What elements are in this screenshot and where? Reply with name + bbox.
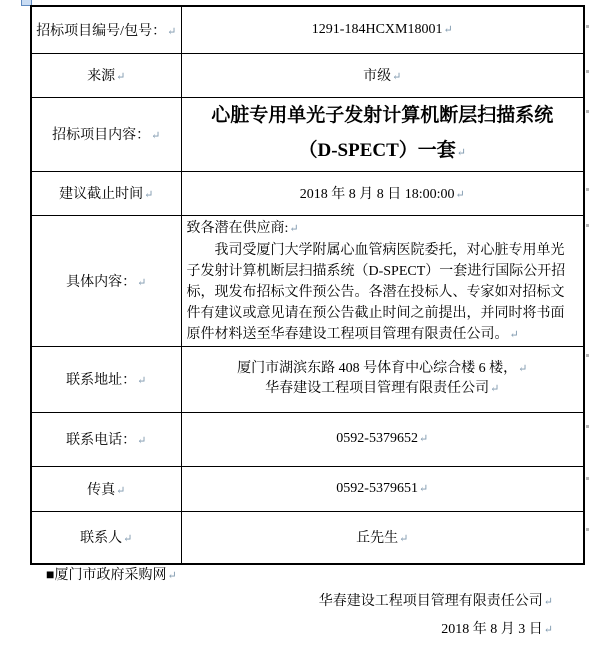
address-line2: 华春建设工程项目管理有限责任公司↵ xyxy=(182,379,584,399)
value-text: 1291-184HCXM18001 xyxy=(312,22,443,37)
value-text: 2018 年 8 月 8 日 18:00:00 xyxy=(300,187,455,202)
footer-source-text: ■厦门市政府采购网 xyxy=(46,568,166,583)
table-row: 传真↵ 0592-5379651↵ xyxy=(31,466,584,511)
row-label-contact-address: 联系地址：↵ xyxy=(31,346,181,412)
value-text: 丘先生 xyxy=(356,531,398,546)
pilcrow-icon: ↵ xyxy=(419,483,428,495)
pilcrow-icon: ↵ xyxy=(544,624,553,636)
value-text: 致各潜在供应商: xyxy=(187,221,289,236)
pilcrow-icon: ↵ xyxy=(116,71,125,83)
label-text: 来源 xyxy=(87,69,115,84)
pilcrow-icon: ↵ xyxy=(456,189,465,201)
source-value: 市级↵ xyxy=(181,53,584,97)
project-number-value: 1291-184HCXM18001↵ xyxy=(181,6,584,53)
pilcrow-icon: ↵ xyxy=(137,375,146,387)
deadline-value: 2018 年 8 月 8 日 18:00:00↵ xyxy=(181,171,584,215)
footer-date-text: 2018 年 8 月 3 日 xyxy=(441,622,543,637)
value-text: 原件材料送至华春建设工程项目管理有限责任公司。 xyxy=(187,327,509,342)
table-row: 招标项目内容：↵ 心脏专用单光子发射计算机断层扫描系统 （D-SPECT）一套↵ xyxy=(31,97,584,171)
pilcrow-icon: ↵ xyxy=(144,189,153,201)
details-line: 原件材料送至华春建设工程项目管理有限责任公司。↵ xyxy=(187,324,579,346)
table-row: 具体内容：↵ 致各潜在供应商:↵ 我司受厦门大学附属心血管病医院委托，对心脏专用… xyxy=(31,215,584,346)
pilcrow-icon: ↵ xyxy=(392,71,401,83)
address-line1: 厦门市湖滨东路 408 号体育中心综合楼 6 楼，↵ xyxy=(182,359,584,379)
row-label-project-number: 招标项目编号/包号：↵ xyxy=(31,6,181,53)
label-text: 招标项目编号/包号： xyxy=(36,24,166,39)
footer-source: ■厦门市政府采购网↵ xyxy=(46,564,177,584)
row-label-source: 来源↵ xyxy=(31,53,181,97)
pilcrow-icon: ↵ xyxy=(151,130,160,142)
pilcrow-icon: ↵ xyxy=(419,433,428,445)
pilcrow-icon: ↵ xyxy=(518,363,527,375)
table-row: 联系电话：↵ 0592-5379652↵ xyxy=(31,412,584,466)
pilcrow-icon: ↵ xyxy=(544,596,553,608)
row-label-contact-person: 联系人↵ xyxy=(31,511,181,564)
pilcrow-icon: ↵ xyxy=(167,570,176,582)
pilcrow-icon: ↵ xyxy=(510,329,519,341)
pilcrow-icon: ↵ xyxy=(137,277,146,289)
pilcrow-icon: ↵ xyxy=(116,485,125,497)
label-text: 建议截止时间 xyxy=(59,187,143,202)
project-title-line1: 心脏专用单光子发射计算机断层扫描系统 xyxy=(182,98,584,133)
label-text: 联系地址： xyxy=(66,373,136,388)
pilcrow-icon: ↵ xyxy=(137,435,146,447)
table-row: 联系人↵ 丘先生↵ xyxy=(31,511,584,564)
footer-company: 华春建设工程项目管理有限责任公司↵ xyxy=(319,590,553,610)
pilcrow-icon: ↵ xyxy=(457,147,466,159)
row-label-project-content: 招标项目内容：↵ xyxy=(31,97,181,171)
label-text: 联系人 xyxy=(80,531,122,546)
value-text: 厦门市湖滨东路 408 号体育中心综合楼 6 楼， xyxy=(237,361,517,376)
label-text: 联系电话： xyxy=(66,433,136,448)
label-text: 具体内容： xyxy=(66,275,136,290)
contact-person-value: 丘先生↵ xyxy=(181,511,584,564)
value-text: 华春建设工程项目管理有限责任公司 xyxy=(265,381,489,396)
value-text: 0592-5379652 xyxy=(336,431,418,446)
row-label-deadline: 建议截止时间↵ xyxy=(31,171,181,215)
details-line: 标，现发布招标文件预公告。各潜在投标人、专家如对招标文 xyxy=(187,282,579,303)
details-line: 致各潜在供应商:↵ xyxy=(187,218,579,240)
value-text: 市级 xyxy=(363,69,391,84)
contact-address-value: 厦门市湖滨东路 408 号体育中心综合楼 6 楼，↵ 华春建设工程项目管理有限责… xyxy=(181,346,584,412)
tender-info-table: 招标项目编号/包号：↵ 1291-184HCXM18001↵ 来源↵ 市级↵ 招… xyxy=(30,5,585,565)
project-title-line2: （D-SPECT）一套↵ xyxy=(182,133,584,171)
footer-date: 2018 年 8 月 3 日↵ xyxy=(441,618,553,638)
fax-value: 0592-5379651↵ xyxy=(181,466,584,511)
pilcrow-icon: ↵ xyxy=(289,223,298,235)
footer-company-text: 华春建设工程项目管理有限责任公司 xyxy=(319,594,543,609)
pilcrow-icon: ↵ xyxy=(399,533,408,545)
pilcrow-icon: ↵ xyxy=(167,26,176,38)
contact-phone-value: 0592-5379652↵ xyxy=(181,412,584,466)
label-text: 传真 xyxy=(87,483,115,498)
value-text: （D-SPECT）一套 xyxy=(298,140,455,161)
row-label-fax: 传真↵ xyxy=(31,466,181,511)
label-text: 招标项目内容： xyxy=(52,128,150,143)
pilcrow-icon: ↵ xyxy=(490,383,499,395)
pilcrow-icon: ↵ xyxy=(123,533,132,545)
row-label-contact-phone: 联系电话：↵ xyxy=(31,412,181,466)
project-content-value: 心脏专用单光子发射计算机断层扫描系统 （D-SPECT）一套↵ xyxy=(181,97,584,171)
details-line: 我司受厦门大学附属心血管病医院委托，对心脏专用单光 xyxy=(187,240,579,261)
value-text: 0592-5379651 xyxy=(336,481,418,496)
table-row: 联系地址：↵ 厦门市湖滨东路 408 号体育中心综合楼 6 楼，↵ 华春建设工程… xyxy=(31,346,584,412)
table-row: 招标项目编号/包号：↵ 1291-184HCXM18001↵ xyxy=(31,6,584,53)
pilcrow-icon: ↵ xyxy=(443,24,452,36)
details-line: 件有建议或意见请在预公告截止时间之前提出，并同时将书面 xyxy=(187,303,579,324)
table-row: 建议截止时间↵ 2018 年 8 月 8 日 18:00:00↵ xyxy=(31,171,584,215)
document-page: 招标项目编号/包号：↵ 1291-184HCXM18001↵ 来源↵ 市级↵ 招… xyxy=(0,0,589,649)
details-line: 子发射计算机断层扫描系统（D-SPECT）一套进行国际公开招 xyxy=(187,261,579,282)
table-row: 来源↵ 市级↵ xyxy=(31,53,584,97)
details-value: 致各潜在供应商:↵ 我司受厦门大学附属心血管病医院委托，对心脏专用单光 子发射计… xyxy=(181,215,584,346)
row-label-details: 具体内容：↵ xyxy=(31,215,181,346)
